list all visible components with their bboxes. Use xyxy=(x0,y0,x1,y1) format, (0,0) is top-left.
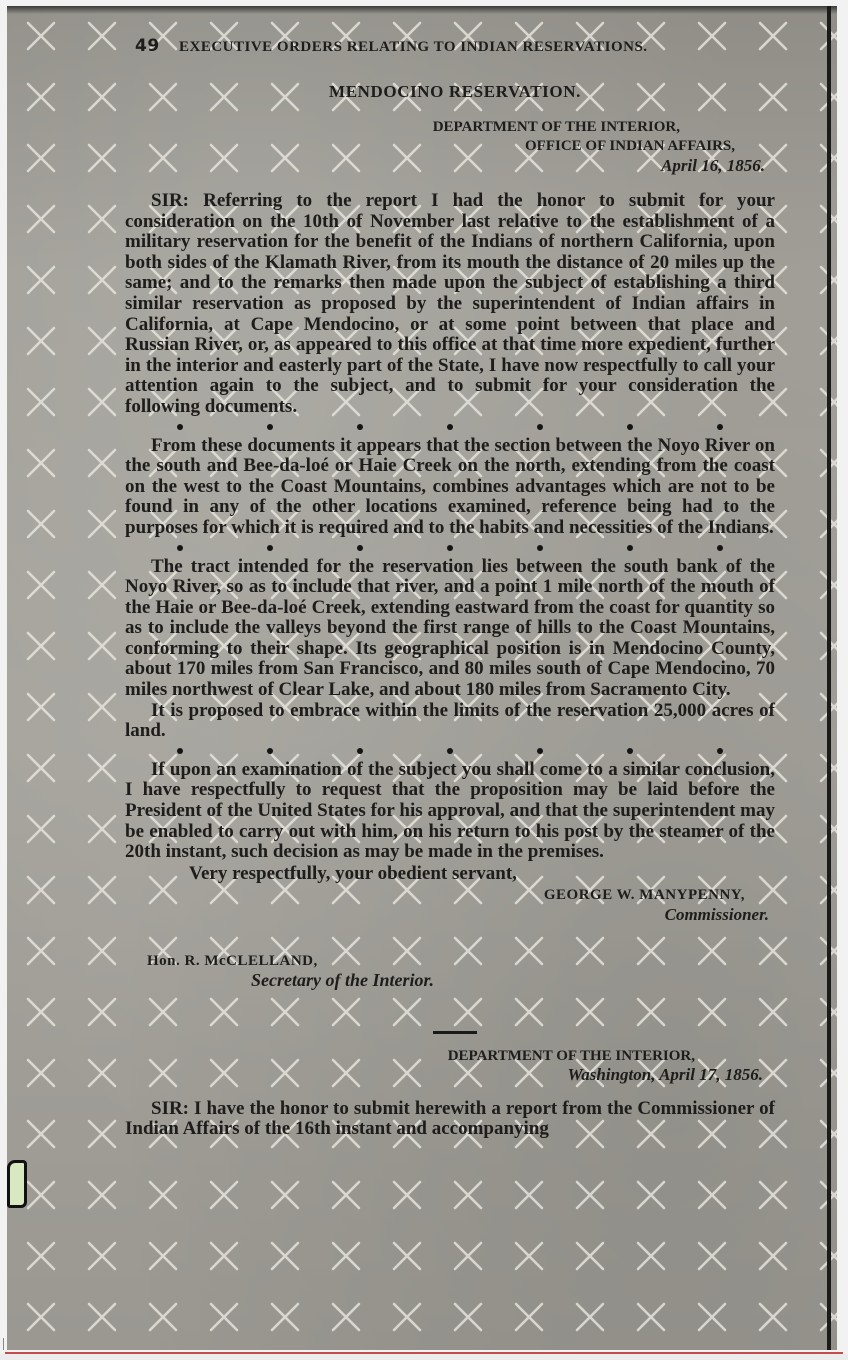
footer-bar xyxy=(0,1354,848,1360)
running-head-title: EXECUTIVE ORDERS RELATING TO INDIAN RESE… xyxy=(179,39,648,56)
document-body: 49 EXECUTIVE ORDERS RELATING TO INDIAN R… xyxy=(125,36,775,1140)
letter1-office: OFFICE OF INDIAN AFFAIRS, xyxy=(125,137,735,156)
paragraph: SIR: Referring to the report I had the h… xyxy=(125,191,775,418)
recipient-title: Secretary of the Interior. xyxy=(251,970,775,991)
letter1-date: April 16, 1856. xyxy=(125,156,765,175)
letter2-department: DEPARTMENT OF THE INTERIOR, xyxy=(125,1048,695,1065)
ellipsis-dots xyxy=(125,418,775,436)
closing-salutation: Very respectfully, your obedient servant… xyxy=(125,863,775,885)
paragraph: It is proposed to embrace within the lim… xyxy=(125,701,775,742)
recipient-name: Hon. R. McCLELLAND, xyxy=(147,953,775,970)
page-top-edge xyxy=(7,6,837,14)
signer-name: GEORGE W. MANYPENNY, xyxy=(125,885,745,905)
section-separator xyxy=(433,1031,477,1034)
letter2-header: DEPARTMENT OF THE INTERIOR, Washington, … xyxy=(125,1048,775,1085)
paragraph: SIR: I have the honor to submit herewith… xyxy=(125,1099,775,1140)
signer-title: Commissioner. xyxy=(125,905,769,925)
ellipsis-dots xyxy=(125,539,775,557)
letter1-header: DEPARTMENT OF THE INTERIOR, OFFICE OF IN… xyxy=(125,118,775,175)
paragraph: The tract intended for the reservation l… xyxy=(125,557,775,701)
ellipsis-dots xyxy=(125,742,775,760)
scanned-page: 49 EXECUTIVE ORDERS RELATING TO INDIAN R… xyxy=(7,6,837,1350)
letter2-place-date: Washington, April 17, 1856. xyxy=(125,1065,763,1085)
paragraph: If upon an examination of the subject yo… xyxy=(125,760,775,863)
page-binding-rule xyxy=(827,6,831,1350)
running-head: 49 EXECUTIVE ORDERS RELATING TO INDIAN R… xyxy=(125,36,775,56)
green-marker-mark xyxy=(7,1160,27,1208)
page-number: 49 xyxy=(125,36,179,56)
left-tick-mark xyxy=(3,1338,4,1350)
paragraph: From these documents it appears that the… xyxy=(125,436,775,539)
section-title: MENDOCINO RESERVATION. xyxy=(135,82,775,102)
letter1-department: DEPARTMENT OF THE INTERIOR, xyxy=(125,118,680,137)
